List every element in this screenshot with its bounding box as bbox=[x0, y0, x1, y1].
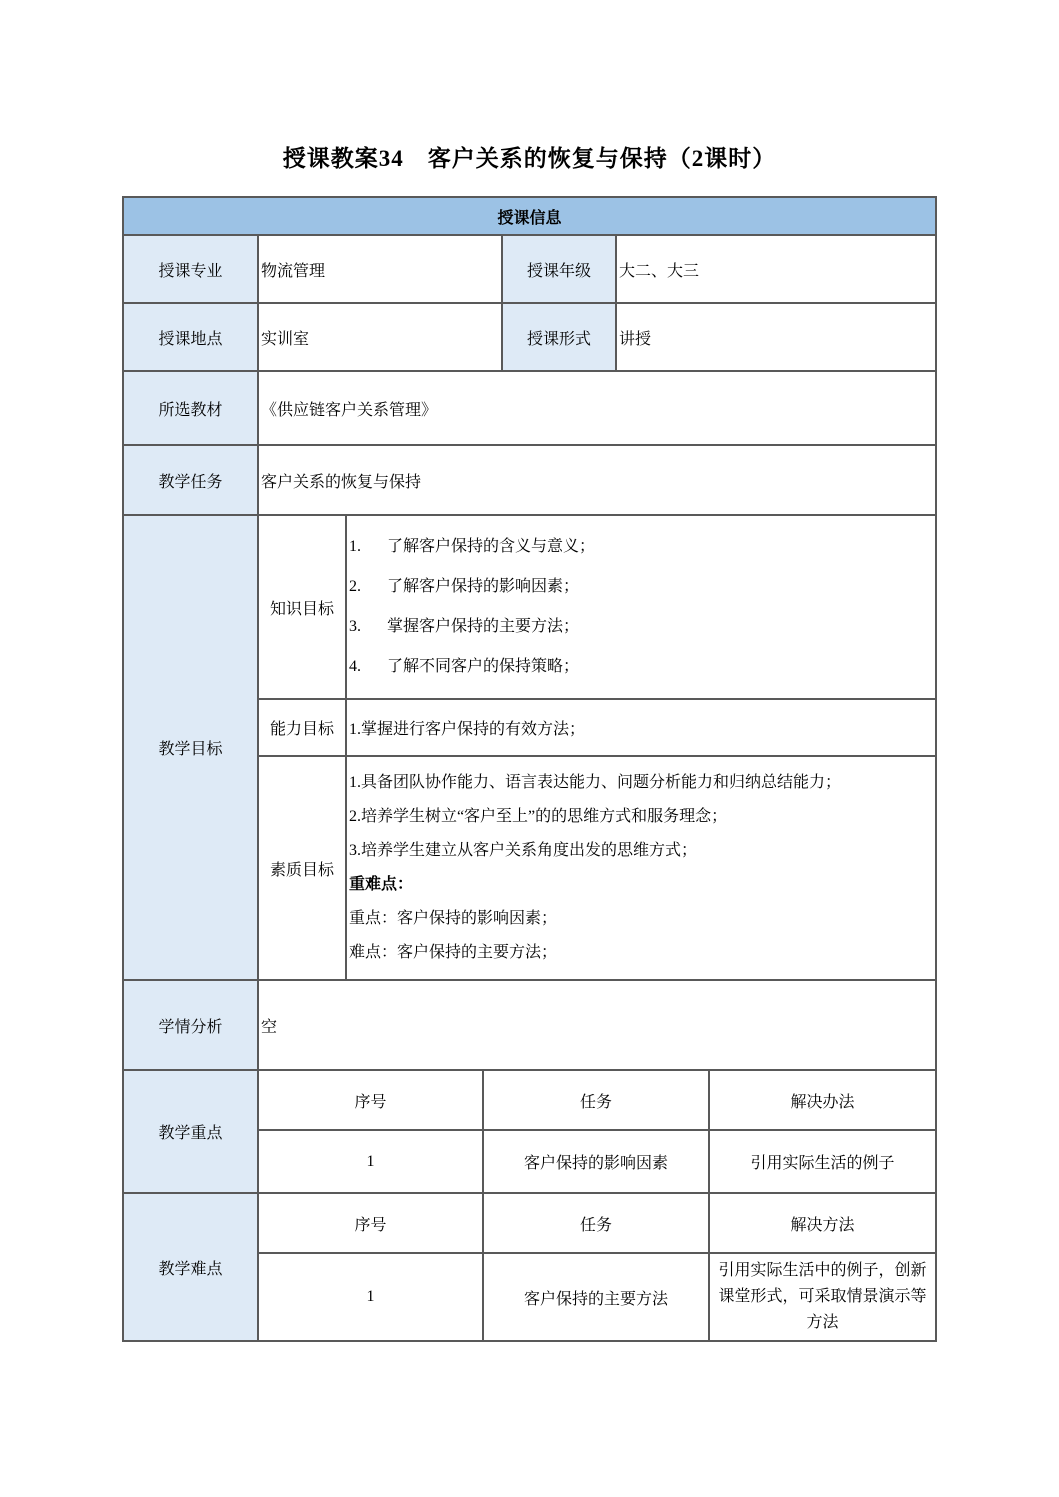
section-header-row: 授课信息 bbox=[123, 197, 936, 235]
difficult-point-solution: 引用实际生活中的例子，创新课堂形式，可采取情景演示等方法 bbox=[709, 1253, 936, 1341]
label-location: 授课地点 bbox=[123, 303, 258, 371]
list-item: 1.了解客户保持的含义与意义； bbox=[349, 536, 931, 558]
list-item-text: 了解客户保持的影响因素； bbox=[387, 578, 579, 595]
column-header-solution: 解决方法 bbox=[709, 1193, 936, 1253]
table-row: 教学任务 客户关系的恢复与保持 bbox=[123, 445, 936, 515]
emphasis-item: 难点：客户保持的主要方法； bbox=[349, 941, 929, 965]
emphasis-heading: 重难点： bbox=[349, 873, 929, 897]
list-item-number: 3. bbox=[349, 616, 387, 638]
label-knowledge-objective: 知识目标 bbox=[258, 515, 346, 699]
list-item: 2.培养学生树立“客户至上”的的思维方式和服务理念； bbox=[349, 805, 929, 829]
value-material: 《供应链客户关系管理》 bbox=[258, 371, 936, 445]
label-difficult-points: 教学难点 bbox=[123, 1193, 258, 1341]
table-row: 授课地点 实训室 授课形式 讲授 bbox=[123, 303, 936, 371]
column-header-task: 任务 bbox=[483, 1193, 709, 1253]
table-row: 学情分析 空 bbox=[123, 980, 936, 1070]
list-item: 1.具备团队协作能力、语言表达能力、问题分析能力和归纳总结能力； bbox=[349, 771, 929, 795]
quality-objective-content: 1.具备团队协作能力、语言表达能力、问题分析能力和归纳总结能力； 2.培养学生树… bbox=[346, 756, 936, 980]
label-key-points: 教学重点 bbox=[123, 1070, 258, 1193]
list-item: 3.培养学生建立从客户关系角度出发的思维方式； bbox=[349, 839, 929, 863]
label-objectives: 教学目标 bbox=[123, 515, 258, 980]
ability-objective-content: 1.掌握进行客户保持的有效方法； bbox=[346, 699, 936, 756]
section-header: 授课信息 bbox=[123, 197, 936, 235]
table-row: 教学目标 知识目标 1.了解客户保持的含义与意义； 2.了解客户保持的影响因素；… bbox=[123, 515, 936, 699]
list-item-number: 1. bbox=[349, 536, 387, 558]
label-ability-objective: 能力目标 bbox=[258, 699, 346, 756]
list-item-text: 了解客户保持的含义与意义； bbox=[387, 538, 595, 555]
label-analysis: 学情分析 bbox=[123, 980, 258, 1070]
value-major: 物流管理 bbox=[258, 235, 502, 303]
table-row: 教学重点 序号 任务 解决办法 bbox=[123, 1070, 936, 1130]
list-item-text: 掌握客户保持的主要方法； bbox=[387, 618, 579, 635]
list-item-text: 了解不同客户的保持策略； bbox=[387, 658, 579, 675]
column-header-solution: 解决办法 bbox=[709, 1070, 936, 1130]
table-row: 所选教材 《供应链客户关系管理》 bbox=[123, 371, 936, 445]
lesson-info-table: 授课信息 授课专业 物流管理 授课年级 大二、大三 授课地点 实训室 授课形式 … bbox=[122, 196, 937, 1342]
document-page: 授课教案34 客户关系的恢复与保持（2课时） 授课信息 授课专业 物流管理 授课… bbox=[0, 0, 1059, 1497]
label-material: 所选教材 bbox=[123, 371, 258, 445]
list-item: 3.掌握客户保持的主要方法； bbox=[349, 616, 931, 638]
table-row: 教学难点 序号 任务 解决方法 bbox=[123, 1193, 936, 1253]
value-grade: 大二、大三 bbox=[616, 235, 936, 303]
label-format: 授课形式 bbox=[502, 303, 616, 371]
value-task: 客户关系的恢复与保持 bbox=[258, 445, 936, 515]
label-quality-objective: 素质目标 bbox=[258, 756, 346, 980]
table-row: 授课专业 物流管理 授课年级 大二、大三 bbox=[123, 235, 936, 303]
list-item: 4.了解不同客户的保持策略； bbox=[349, 656, 931, 678]
column-header-task: 任务 bbox=[483, 1070, 709, 1130]
label-grade: 授课年级 bbox=[502, 235, 616, 303]
column-header-number: 序号 bbox=[258, 1070, 483, 1130]
value-analysis: 空 bbox=[258, 980, 936, 1070]
knowledge-objective-content: 1.了解客户保持的含义与意义； 2.了解客户保持的影响因素； 3.掌握客户保持的… bbox=[346, 515, 936, 699]
list-item: 2.了解客户保持的影响因素； bbox=[349, 576, 931, 598]
label-major: 授课专业 bbox=[123, 235, 258, 303]
page-title: 授课教案34 客户关系的恢复与保持（2课时） bbox=[0, 0, 1059, 173]
value-format: 讲授 bbox=[616, 303, 936, 371]
key-point-task: 客户保持的影响因素 bbox=[483, 1130, 709, 1193]
emphasis-item: 重点：客户保持的影响因素； bbox=[349, 907, 929, 931]
difficult-point-number: 1 bbox=[258, 1253, 483, 1341]
difficult-point-task: 客户保持的主要方法 bbox=[483, 1253, 709, 1341]
label-task: 教学任务 bbox=[123, 445, 258, 515]
column-header-number: 序号 bbox=[258, 1193, 483, 1253]
key-point-number: 1 bbox=[258, 1130, 483, 1193]
key-point-solution: 引用实际生活的例子 bbox=[709, 1130, 936, 1193]
value-location: 实训室 bbox=[258, 303, 502, 371]
list-item-number: 2. bbox=[349, 576, 387, 598]
list-item-number: 4. bbox=[349, 656, 387, 678]
